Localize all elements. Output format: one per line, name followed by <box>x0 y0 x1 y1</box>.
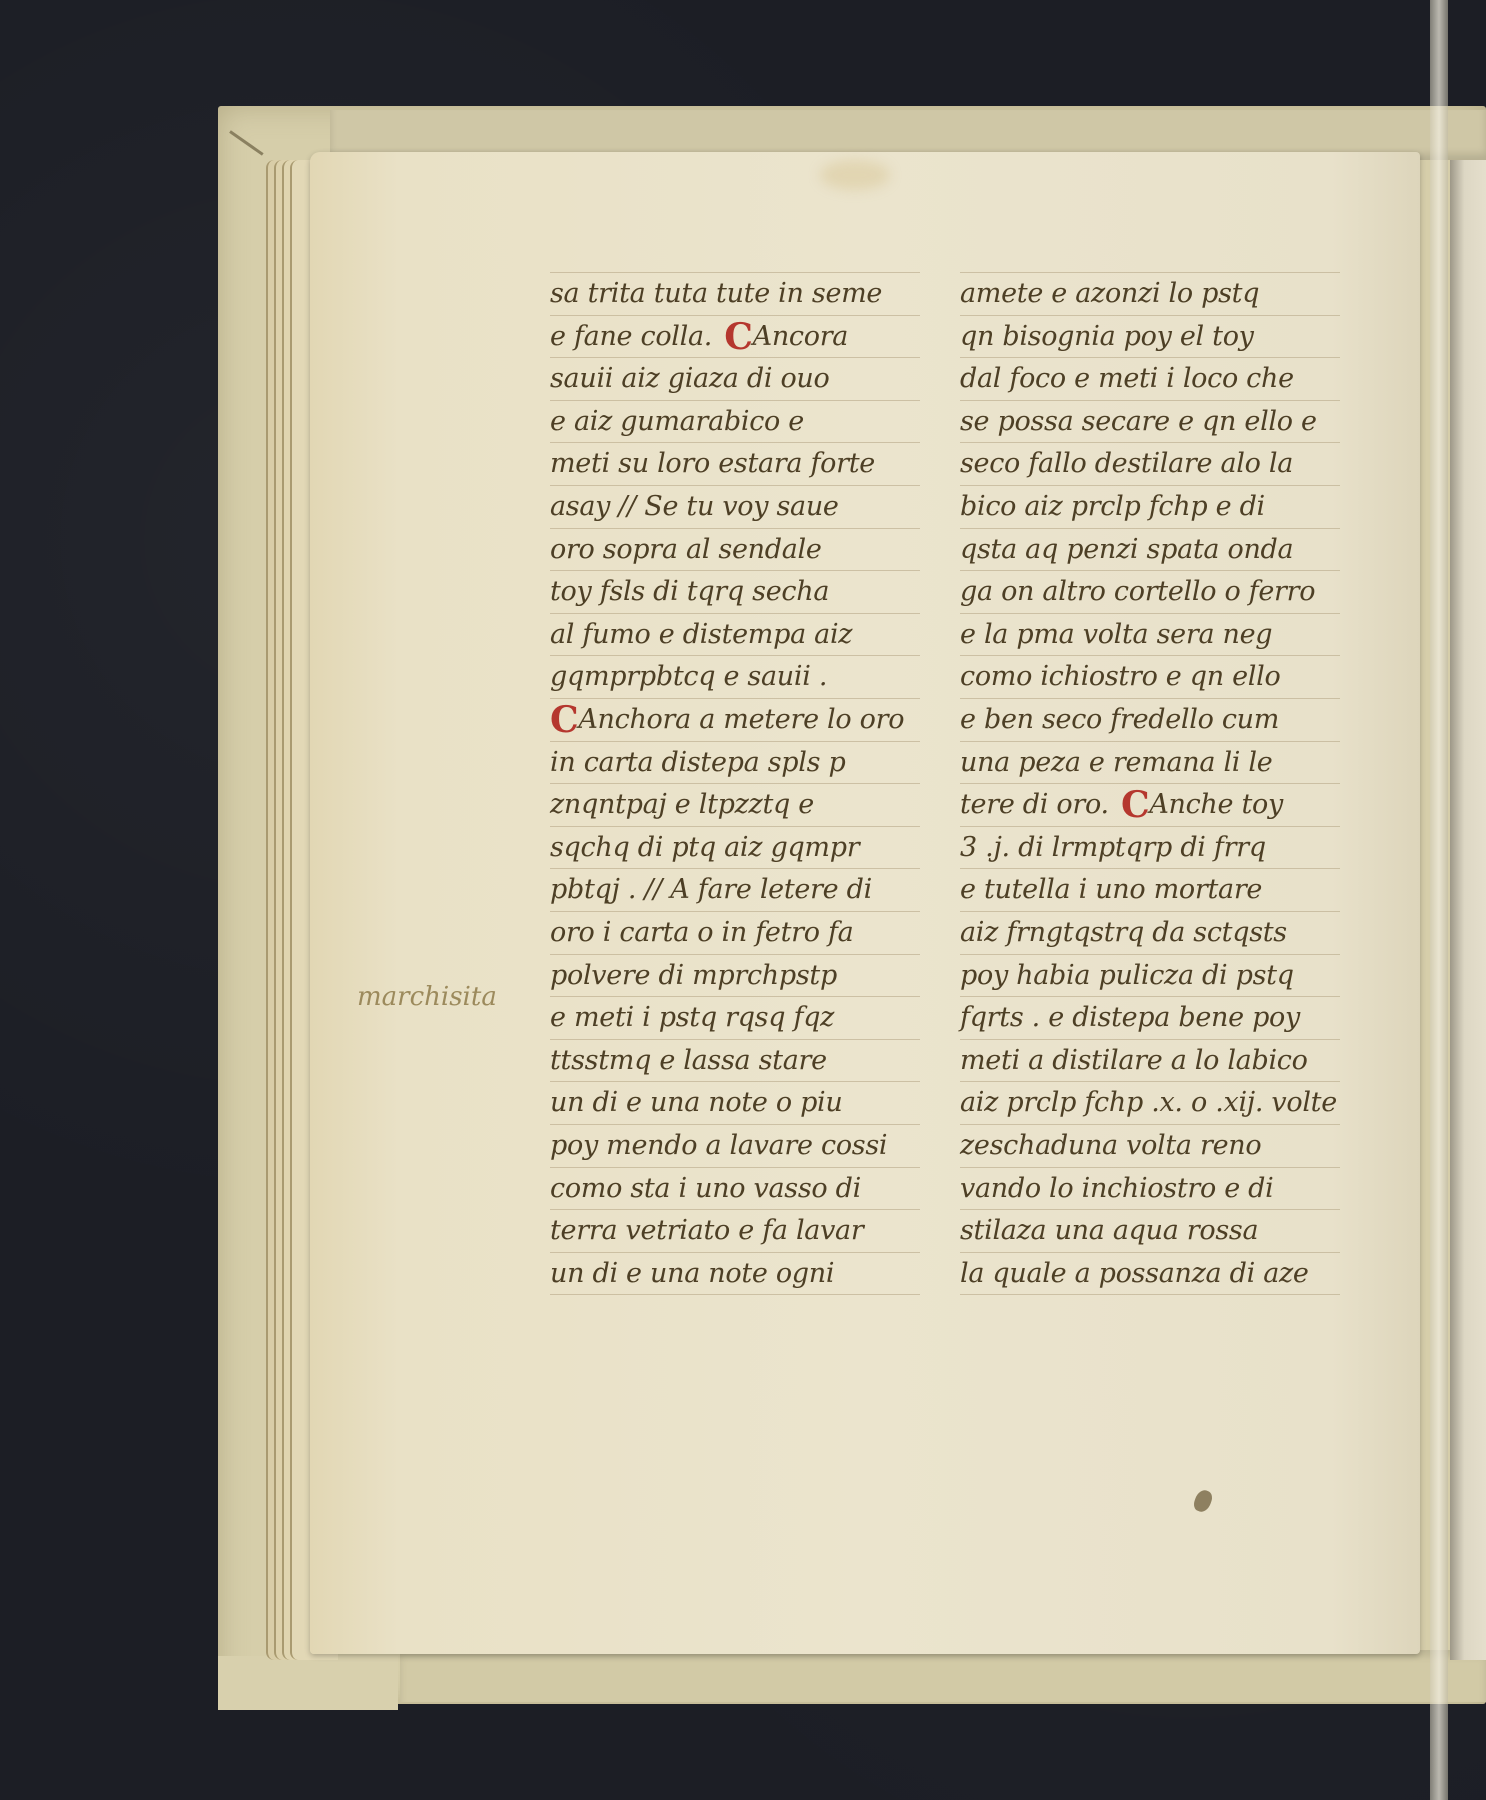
line-text: polvere di mprchpstp <box>550 960 837 991</box>
ruling-line <box>550 954 920 955</box>
ruling-line <box>960 613 1340 614</box>
ruling-line <box>550 1039 920 1040</box>
line-text: e meti i pstq rqsq fqz <box>550 1002 834 1033</box>
line-text: e ben seco fredello cum <box>960 704 1279 735</box>
ruling-line <box>960 528 1340 529</box>
rubric-initial: C <box>712 316 753 358</box>
ruling-line <box>960 442 1340 443</box>
line-text: stilaza una aqua rossa <box>960 1215 1258 1246</box>
line-text: un di e una note o piu <box>550 1087 842 1118</box>
line-text: toy fsls di tqrq secha <box>550 576 829 607</box>
line-text: seco fallo destilare alo la <box>960 448 1293 479</box>
ruling-line <box>960 741 1340 742</box>
ruling-line <box>550 528 920 529</box>
line-text: dal foco e meti i loco che <box>960 363 1294 394</box>
line-text: terra vetriato e fa lavar <box>550 1215 863 1246</box>
line-text: qsta aq penzi spata onda <box>960 534 1293 565</box>
line-text: meti a distilare a lo labico <box>960 1045 1308 1076</box>
ruling-line <box>550 783 920 784</box>
glass-clamp-bar <box>1430 0 1448 1800</box>
ruling-line <box>960 954 1340 955</box>
line-text: sa trita tuta tute in seme <box>550 278 882 309</box>
line-text: e tutella i uno mortare <box>960 874 1262 905</box>
line-text: sqchq di ptq aiz gqmpr <box>550 832 859 863</box>
ruling-line <box>550 996 920 997</box>
line-text: poy habia pulicza di pstq <box>960 960 1294 991</box>
line-text: la quale a possanza di aze <box>960 1258 1309 1289</box>
ruling-line <box>960 783 1340 784</box>
ruling-line <box>960 1252 1340 1253</box>
ruling-line <box>550 1167 920 1168</box>
line-text: fqrts . e distepa bene poy <box>960 1002 1300 1033</box>
water-stain <box>820 160 890 190</box>
ruling-line <box>550 698 920 699</box>
line-text: como sta i uno vasso di <box>550 1173 861 1204</box>
ruling-line <box>550 1294 920 1295</box>
ruling-line <box>960 826 1340 827</box>
ruling-line <box>550 1124 920 1125</box>
line-text: oro i carta o in fetro fa <box>550 917 853 948</box>
line-text: in carta distepa spls p <box>550 747 845 778</box>
ruling-line <box>960 655 1340 656</box>
line-text: e fane colla. <box>550 321 712 352</box>
ruling-line <box>550 741 920 742</box>
line-text: ttsstmq e lassa stare <box>550 1045 827 1076</box>
ruling-line <box>550 357 920 358</box>
ruling-line <box>960 911 1340 912</box>
ruling-line <box>960 570 1340 571</box>
folder-corner-flap <box>218 1656 398 1710</box>
marginal-note: marchisita <box>357 982 497 1012</box>
facing-page-edge <box>1450 160 1486 1660</box>
line-text: tere di oro. <box>960 789 1109 820</box>
rubric-initial: C <box>1109 784 1150 826</box>
ruling-line <box>960 698 1340 699</box>
ruling-line <box>550 911 920 912</box>
ruling-line <box>960 1294 1340 1295</box>
line-text: como ichiostro e qn ello <box>960 661 1280 692</box>
ruling-line <box>550 570 920 571</box>
ruling-line <box>550 655 920 656</box>
line-text: vando lo inchiostro e di <box>960 1173 1274 1204</box>
line-text: qn bisognia poy el toy <box>960 321 1254 352</box>
line-text: gqmprpbtcq e sauii . <box>550 661 827 692</box>
line-text: e la pma volta sera neg <box>960 619 1272 650</box>
line-text: 3 .j. di lrmptqrp di frrq <box>960 832 1266 863</box>
line-text: meti su loro estara forte <box>550 448 875 479</box>
ruling-line <box>550 272 920 273</box>
rubric-initial: C <box>550 699 578 741</box>
ruling-line <box>960 868 1340 869</box>
line-text-after-rubric: Anchora a metere lo oro <box>578 704 904 735</box>
line-text: zeschaduna volta reno <box>960 1130 1261 1161</box>
line-text: asay // Se tu voy saue <box>550 491 839 522</box>
line-text-after-rubric: Anche toy <box>1149 789 1283 820</box>
line-text: znqntpaj e ltpzztq e <box>550 789 814 820</box>
ruling-line <box>960 357 1340 358</box>
ruling-line <box>960 1124 1340 1125</box>
line-text: e aiz gumarabico e <box>550 406 804 437</box>
folder-bottom-flap <box>400 1650 1486 1702</box>
ruling-line <box>960 1081 1340 1082</box>
line-text: aiz frngtqstrq da sctqsts <box>960 917 1287 948</box>
ruling-line <box>960 485 1340 486</box>
ruling-line <box>960 315 1340 316</box>
line-text: bico aiz prclp fchp e di <box>960 491 1265 522</box>
ruling-line <box>550 868 920 869</box>
line-text: amete e azonzi lo pstq <box>960 278 1259 309</box>
line-text: sauii aiz giaza di ouo <box>550 363 829 394</box>
ruling-line <box>960 996 1340 997</box>
line-text: una peza e remana li le <box>960 747 1272 778</box>
ruling-line <box>550 400 920 401</box>
ruling-line <box>960 1167 1340 1168</box>
ruling-line <box>550 1081 920 1082</box>
ruling-line <box>550 485 920 486</box>
line-text: ga on altro cortello o ferro <box>960 576 1315 607</box>
line-text-after-rubric: Ancora <box>753 321 848 352</box>
line-text: al fumo e distempa aiz <box>550 619 852 650</box>
ruling-line <box>550 1209 920 1210</box>
line-text: oro sopra al sendale <box>550 534 822 565</box>
ruling-line <box>960 400 1340 401</box>
ruling-line <box>550 613 920 614</box>
ruling-line <box>550 442 920 443</box>
ruling-line <box>960 1209 1340 1210</box>
ruling-line <box>550 826 920 827</box>
ruling-line <box>960 1039 1340 1040</box>
ruling-line <box>960 272 1340 273</box>
line-text: se possa secare e qn ello e <box>960 406 1317 437</box>
line-text: poy mendo a lavare cossi <box>550 1130 887 1161</box>
ruling-line <box>550 1252 920 1253</box>
line-text: aiz prclp fchp .x. o .xij. volte <box>960 1087 1337 1118</box>
line-text: pbtqj . // A fare letere di <box>550 874 872 905</box>
line-text: un di e una note ogni <box>550 1258 834 1289</box>
